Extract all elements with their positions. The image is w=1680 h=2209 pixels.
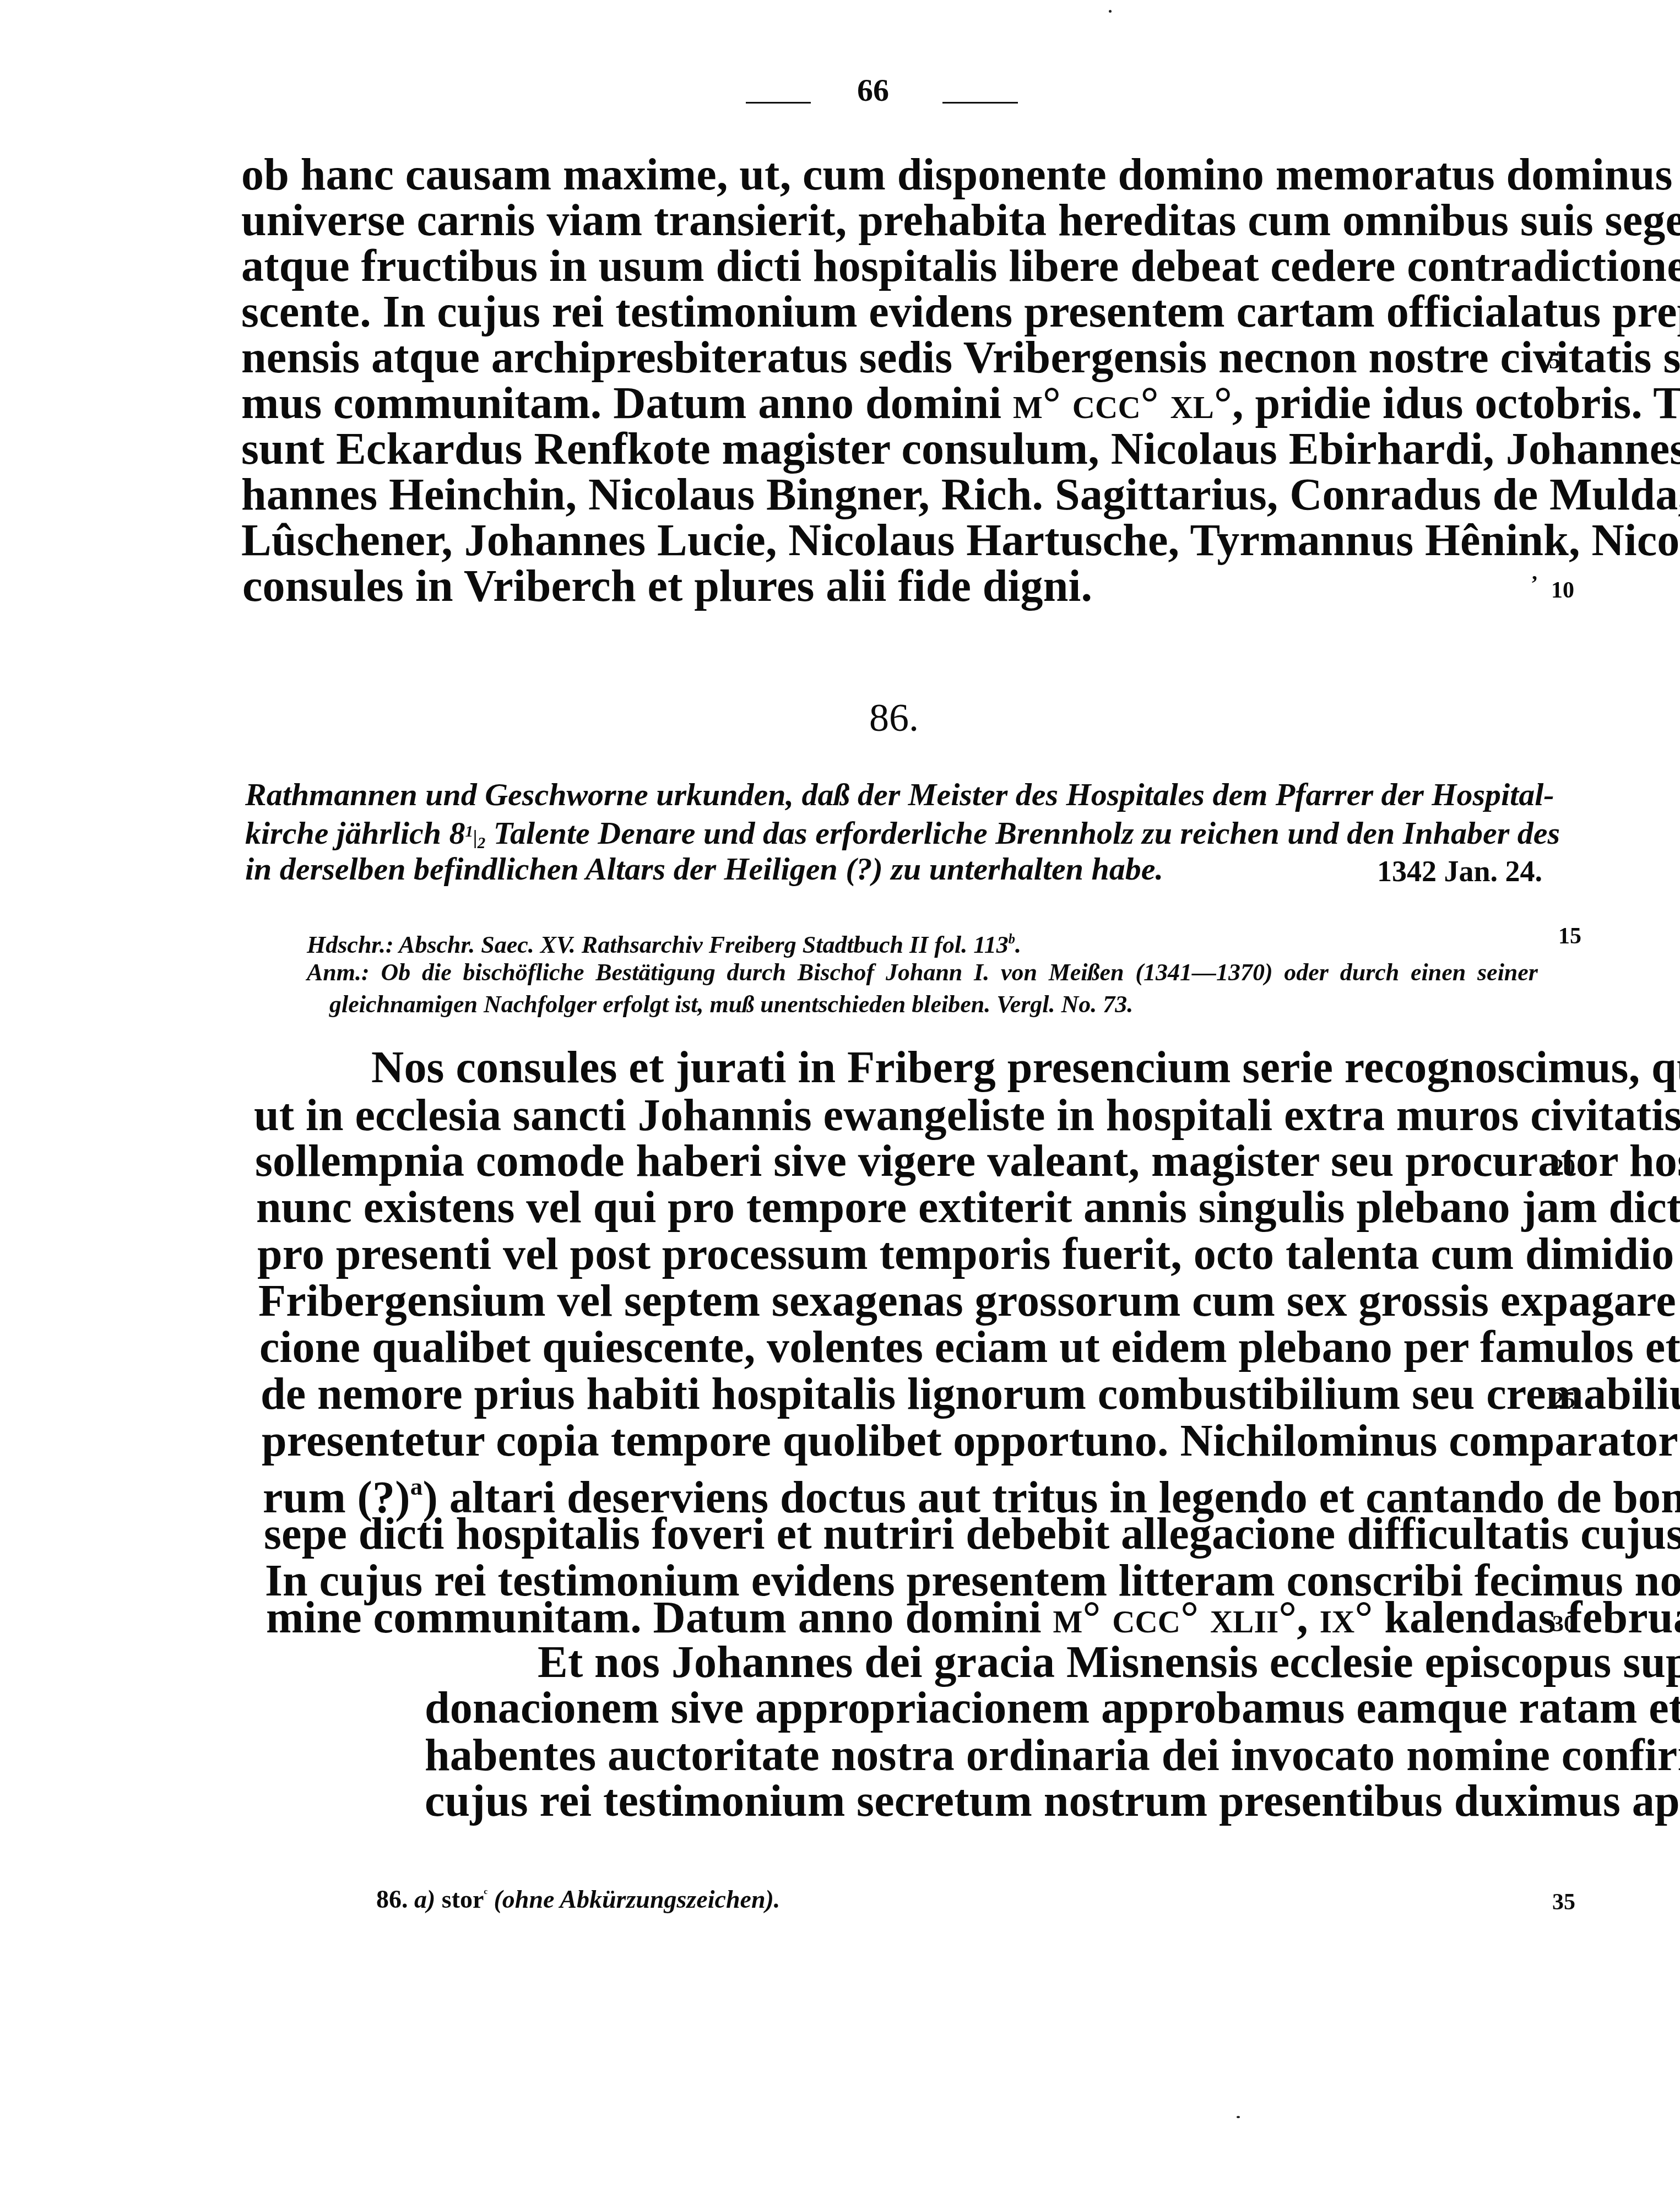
text-line: pro presenti vel post processum temporis… xyxy=(257,1231,1542,1277)
text-fragment: . xyxy=(1015,931,1021,958)
roman-numeral: xlii xyxy=(1210,1592,1278,1642)
text-line: consules in Vriberch et plures alii fide… xyxy=(242,563,1092,609)
line-number: 15 xyxy=(1558,923,1581,949)
line-number: 5 xyxy=(1549,348,1560,375)
footnote-text: (ohne Abkürzungszeichen). xyxy=(494,1885,781,1913)
page-number: 66 xyxy=(857,72,889,108)
line-number: 10 xyxy=(1551,577,1574,604)
text-line: sollempnia comode haberi sive vigere val… xyxy=(255,1138,1541,1184)
text-line: ob hanc causam maxime, ut, cum disponent… xyxy=(241,151,1538,197)
footnote-marker: a) xyxy=(414,1885,435,1913)
text-fragment: Talente Denare und das erforderliche Bre… xyxy=(485,815,1560,851)
text-line: nunc existens vel qui pro tempore extite… xyxy=(256,1184,1542,1230)
text-line: Nos consules et jurati in Friberg presen… xyxy=(371,1044,1542,1090)
text-fragment: ° kalendas februarii. xyxy=(1354,1592,1680,1642)
roman-numeral: ix xyxy=(1320,1592,1355,1642)
text-fragment: ° xyxy=(1082,1592,1112,1642)
text-line: Fribergensium vel septem sexagenas gross… xyxy=(258,1278,1542,1323)
header-rule-left xyxy=(746,102,811,104)
text-fragment: mine communitam. Datum anno domini xyxy=(266,1592,1053,1642)
footnote-word: stor xyxy=(442,1885,484,1913)
summary-line: in derselben befindlichen Altars der Hei… xyxy=(245,850,1163,887)
roman-numeral: xl xyxy=(1170,378,1214,428)
text-fragment: °, pridie idus octobris. Testes hujus xyxy=(1214,378,1680,428)
stray-comma-mark: , xyxy=(1532,559,1537,585)
text-line: cujus rei testimonium secretum nostrum p… xyxy=(425,1778,1680,1823)
annotation-note: Anm.: Ob die bischöfliche Bestätigung du… xyxy=(307,957,1538,989)
fraction-numerator: 1 xyxy=(465,823,474,840)
text-line-dated: mine communitam. Datum anno domini m° cc… xyxy=(266,1594,1680,1640)
summary-line: Rathmannen und Geschworne urkunden, daß … xyxy=(245,776,1540,813)
text-line: donacionem sive appropriacionem approbam… xyxy=(425,1685,1541,1730)
text-fragment: ° xyxy=(1141,378,1170,428)
roman-numeral: ccc xyxy=(1112,1592,1180,1642)
text-line: sepe dicti hospitalis foveri et nutriri … xyxy=(264,1511,1542,1556)
text-line: Et nos Johannes dei gracia Misnensis ecc… xyxy=(538,1639,1541,1685)
text-fragment: kirche jährlich 8 xyxy=(245,815,465,851)
line-number: 35 xyxy=(1552,1889,1575,1915)
text-line: atque fructibus in usum dicti hospitalis… xyxy=(241,243,1538,289)
text-fragment: °, xyxy=(1278,1592,1319,1642)
text-line: sunt Eckardus Renfkote magister consulum… xyxy=(241,426,1538,471)
header-rule-right xyxy=(942,102,1018,104)
text-line: ut in ecclesia sancti Johannis ewangelis… xyxy=(254,1092,1542,1138)
scan-speck xyxy=(1237,2116,1240,2118)
text-line: habentes auctoritate nostra ordinaria de… xyxy=(425,1732,1541,1778)
text-fragment: ° xyxy=(1180,1592,1210,1642)
roman-numeral: ccc xyxy=(1072,378,1141,428)
text-line: presentetur copia tempore quolibet oppor… xyxy=(262,1418,1542,1463)
document-date: 1342 Jan. 24. xyxy=(1377,854,1542,888)
manuscript-note: Hdschr.: Abschr. Saec. XV. Rathsarchiv F… xyxy=(307,924,1021,961)
text-fragment: Hdschr.: Abschr. Saec. XV. Rathsarchiv F… xyxy=(307,931,1009,958)
text-fragment: mus communitam. Datum anno domini xyxy=(241,378,1013,428)
text-line: Lûschener, Johannes Lucie, Nicolaus Hart… xyxy=(241,517,1530,563)
footnote-label: 86. xyxy=(376,1885,408,1913)
abbreviation-mark: ᶜ xyxy=(484,1886,487,1901)
annotation-note: gleichnamigen Nachfolger erfolgt ist, mu… xyxy=(329,989,1133,1021)
fraction: 1|2 xyxy=(465,827,486,848)
text-line: hannes Heinchin, Nicolaus Bingner, Rich.… xyxy=(241,471,1538,517)
text-fragment: ° xyxy=(1043,378,1072,428)
footnote-marker: a xyxy=(410,1473,423,1500)
document-number: 86. xyxy=(869,695,919,741)
fraction-denominator: 2 xyxy=(478,834,486,852)
text-line: scente. In cujus rei testimonium evidens… xyxy=(241,289,1538,334)
roman-numeral: m xyxy=(1013,378,1043,428)
text-line: de nemore prius habiti hospitalis lignor… xyxy=(261,1371,1542,1416)
text-line-dated: mus communitam. Datum anno domini m° ccc… xyxy=(241,380,1538,426)
text-fragment: presentetur copia tempore quolibet oppor… xyxy=(262,1415,1680,1466)
superscript: b xyxy=(1009,932,1015,947)
text-line: cione qualibet quiescente, volentes ecia… xyxy=(259,1324,1542,1370)
text-line: universe carnis viam transierit, prehabi… xyxy=(241,197,1538,243)
scan-speck xyxy=(1109,10,1112,13)
text-line: nensis atque archipresbiteratus sedis Vr… xyxy=(241,334,1538,380)
footnote: 86. a) storᶜ (ohne Abkürzungszeichen). xyxy=(376,1885,780,1914)
roman-numeral: m xyxy=(1053,1592,1082,1642)
